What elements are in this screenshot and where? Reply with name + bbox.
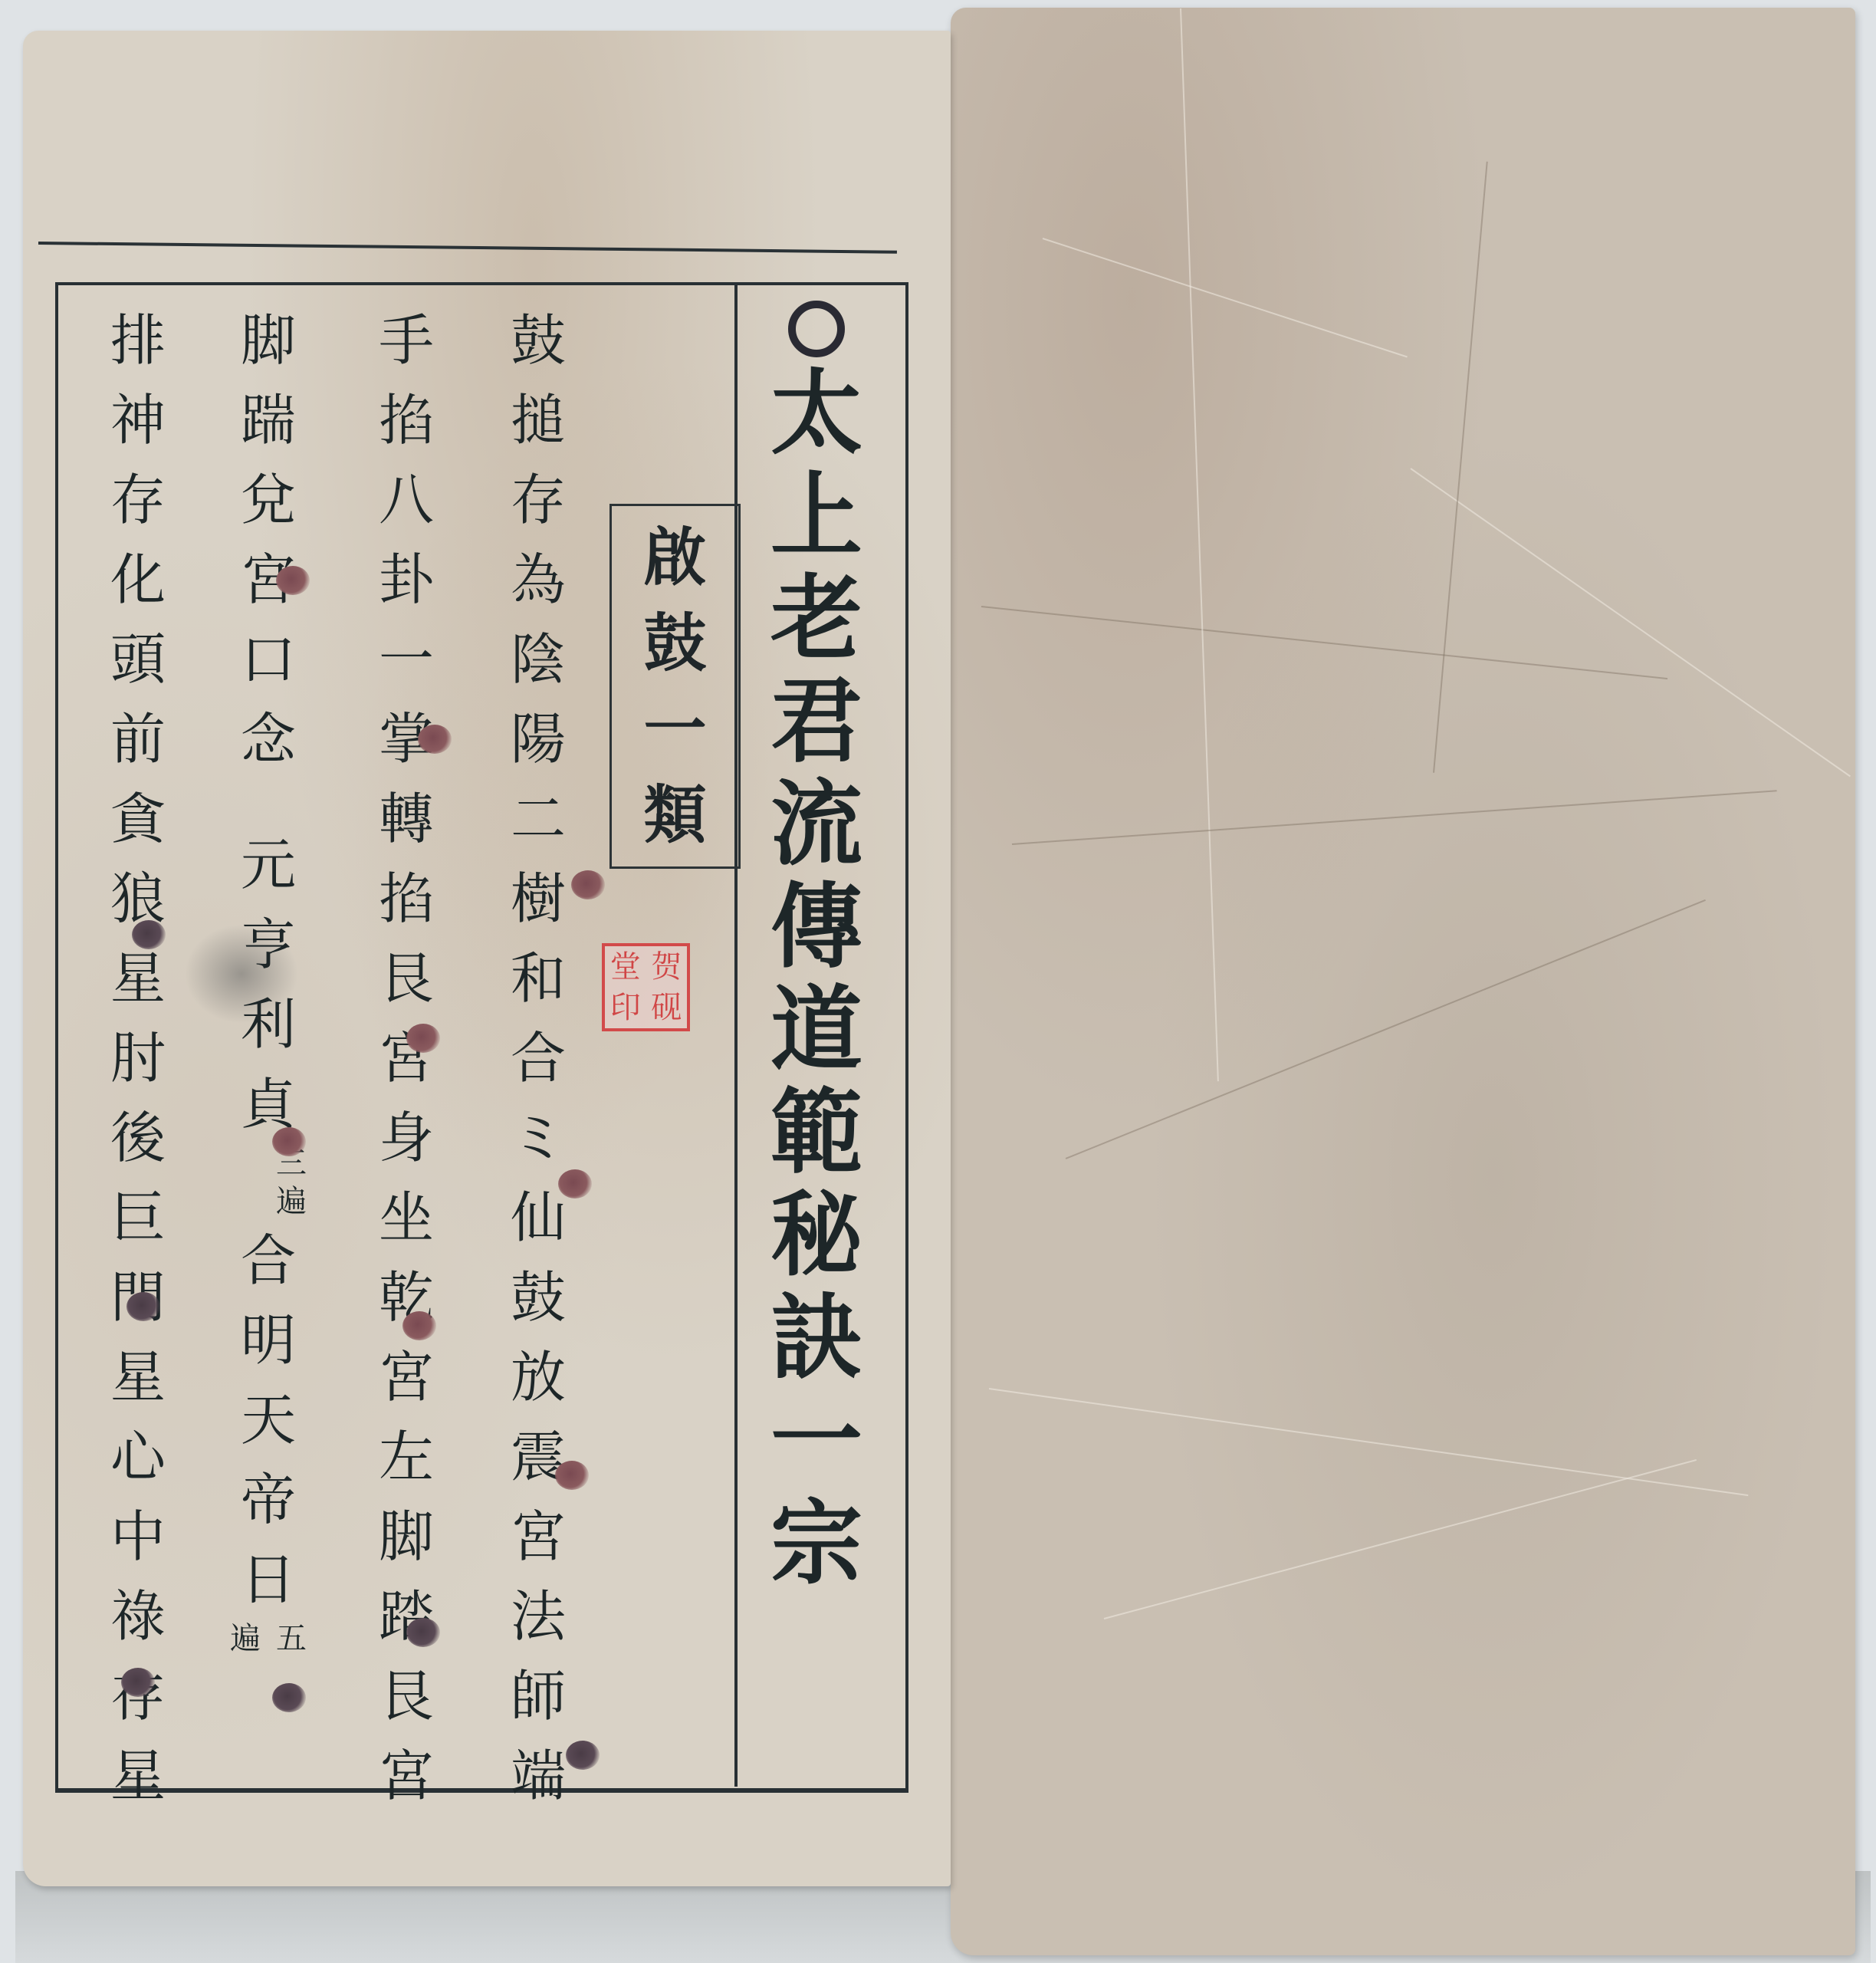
text-column-4: 排 神 存 化 頭 前 貪 狼 星 肘 後 巨 門 星 心 中 祿 存 星 xyxy=(92,301,184,1816)
punctuation-dot xyxy=(126,1292,160,1321)
punctuation-dot xyxy=(555,1461,589,1490)
heading-char: 一 xyxy=(643,686,706,772)
text-char: 念 xyxy=(241,699,296,779)
circle-mark-icon xyxy=(788,301,845,357)
annotation-pair: 遍 五 xyxy=(230,1619,307,1658)
text-char: 一 xyxy=(379,620,434,699)
title-char: 秘 xyxy=(770,1184,862,1287)
text-char: 明 xyxy=(241,1300,296,1380)
text-char: 排 xyxy=(110,301,166,380)
text-char: 元 xyxy=(241,825,296,905)
heading-char: 啟 xyxy=(643,515,706,600)
seal-char: 砚 xyxy=(646,988,688,1029)
text-char: 法 xyxy=(511,1577,566,1656)
punctuation-dot xyxy=(566,1741,600,1770)
text-char: 放 xyxy=(511,1337,566,1417)
punctuation-dot xyxy=(571,870,605,899)
seal-char: 堂 xyxy=(605,946,646,988)
text-char: 天 xyxy=(241,1380,296,1460)
text-char: 端 xyxy=(511,1736,566,1816)
text-char: 頭 xyxy=(110,620,166,699)
text-column-1: 鼓 搥 存 為 陰 陽 二 樹 和 合 ミ 仙 鼓 放 震 宮 法 師 端 xyxy=(492,301,584,1816)
text-char: 星 xyxy=(110,1736,166,1816)
text-char: 二 xyxy=(511,779,566,859)
text-char: 脚 xyxy=(241,301,296,380)
text-column-2: 手 掐 八 卦 一 掌 轉 掐 艮 宮 身 坐 乾 宮 左 脚 踏 艮 宮 xyxy=(360,301,452,1816)
punctuation-dot xyxy=(272,1683,306,1712)
annotation-char: 五 xyxy=(276,1619,307,1658)
text-char: 樹 xyxy=(511,859,566,939)
text-char: 和 xyxy=(511,939,566,1018)
text-char: 轉 xyxy=(379,779,434,859)
text-char: 陰 xyxy=(511,620,566,699)
text-char: 陽 xyxy=(511,699,566,779)
text-char: 手 xyxy=(379,301,434,380)
title-char: 宗 xyxy=(770,1492,862,1595)
text-char: 貪 xyxy=(110,779,166,859)
text-char: 為 xyxy=(511,540,566,620)
text-char: 宮 xyxy=(511,1497,566,1577)
punctuation-dot xyxy=(132,920,166,949)
text-char: 身 xyxy=(379,1098,434,1178)
text-char: 宮 xyxy=(379,1736,434,1816)
text-char: 左 xyxy=(379,1417,434,1497)
text-char: 震 xyxy=(511,1417,566,1497)
text-char: 星 xyxy=(110,939,166,1018)
punctuation-dot xyxy=(558,1169,592,1199)
title-char: 君 xyxy=(770,670,862,773)
annotation-char: 遍 xyxy=(276,1182,307,1221)
title-column: 太 上 老 君 流 傳 道 範 秘 訣 一 宗 xyxy=(759,301,874,1595)
text-char: 帝 xyxy=(241,1460,296,1540)
text-char: 搥 xyxy=(511,380,566,460)
text-char: 心 xyxy=(110,1417,166,1497)
text-char: 艮 xyxy=(379,1656,434,1736)
punctuation-dot xyxy=(402,1311,436,1340)
seal-char: 印 xyxy=(605,988,646,1029)
text-char: 亨 xyxy=(241,905,296,985)
text-char: 掐 xyxy=(379,380,434,460)
text-char: 神 xyxy=(110,380,166,460)
heading-char: 鼓 xyxy=(643,600,706,686)
title-char: 範 xyxy=(770,1081,862,1184)
annotation-char: 遍 xyxy=(230,1619,261,1658)
text-char: 鼓 xyxy=(511,301,566,380)
title-char: 上 xyxy=(770,465,862,567)
text-char: 合 xyxy=(511,1018,566,1098)
text-char: 宮 xyxy=(379,1337,434,1417)
red-seal-stamp: 堂 贺 印 砚 xyxy=(602,943,690,1031)
text-char: 踹 xyxy=(241,380,296,460)
text-char: 巨 xyxy=(110,1178,166,1258)
text-char: 脚 xyxy=(379,1497,434,1577)
section-heading-box: 啟 鼓 一 類 xyxy=(609,504,741,869)
punctuation-dot xyxy=(406,1618,440,1647)
punctuation-dot xyxy=(276,566,310,595)
title-char: 訣 xyxy=(770,1287,862,1389)
text-char: 卦 xyxy=(379,540,434,620)
text-char: 星 xyxy=(110,1337,166,1417)
text-char: 日 xyxy=(241,1540,296,1619)
text-char: 中 xyxy=(110,1497,166,1577)
text-char: 八 xyxy=(379,460,434,540)
text-char: 後 xyxy=(110,1098,166,1178)
text-char: 口 xyxy=(241,620,296,699)
text-char: 肘 xyxy=(110,1018,166,1098)
punctuation-dot xyxy=(272,1127,306,1156)
heading-char: 類 xyxy=(643,772,706,858)
punctuation-dot xyxy=(121,1668,155,1697)
text-char: 掐 xyxy=(379,859,434,939)
text-char: 利 xyxy=(241,985,296,1064)
title-char: 傳 xyxy=(770,876,862,978)
title-char: 一 xyxy=(770,1389,862,1492)
text-char: 存 xyxy=(511,460,566,540)
text-char: 化 xyxy=(110,540,166,620)
title-char: 老 xyxy=(770,567,862,670)
text-char: 前 xyxy=(110,699,166,779)
right-page-blank xyxy=(951,8,1855,1955)
punctuation-dot xyxy=(406,1024,440,1053)
text-char: 合 xyxy=(241,1221,296,1300)
text-char: 坐 xyxy=(379,1178,434,1258)
text-column-3: 脚 踹 兌 宮 口 念 元 亨 利 貞 三 遍 合 明 天 帝 日 遍 五 xyxy=(222,301,314,1658)
text-char: 兌 xyxy=(241,460,296,540)
punctuation-dot xyxy=(418,725,452,754)
text-char: ミ xyxy=(511,1098,566,1178)
text-char: 存 xyxy=(110,460,166,540)
seal-char: 贺 xyxy=(646,946,688,988)
text-char: 仙 xyxy=(511,1178,566,1258)
text-char: 師 xyxy=(511,1656,566,1736)
text-char: 祿 xyxy=(110,1577,166,1656)
title-char: 太 xyxy=(770,362,862,465)
text-char: 鼓 xyxy=(511,1258,566,1337)
text-char: 艮 xyxy=(379,939,434,1018)
title-char: 道 xyxy=(770,978,862,1081)
title-char: 流 xyxy=(770,773,862,876)
